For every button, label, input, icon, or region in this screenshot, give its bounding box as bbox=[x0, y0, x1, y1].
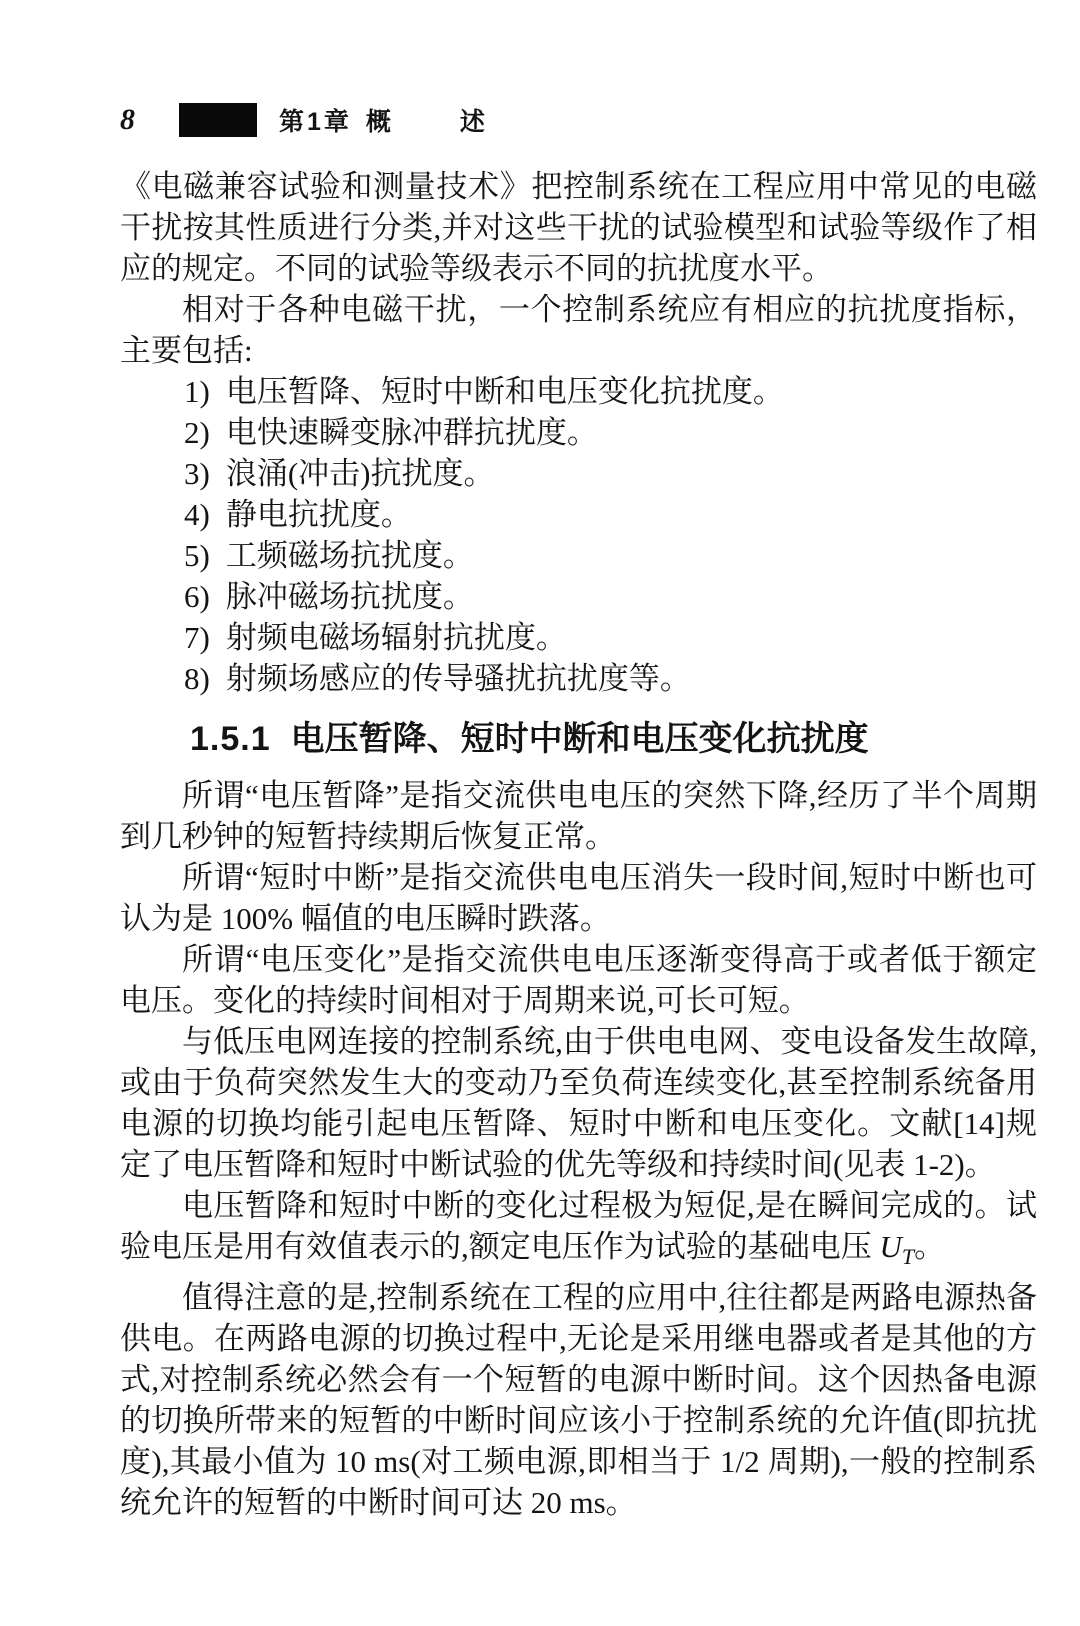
paragraph-voltage-variation: 所谓“电压变化”是指交流供电电压逐渐变得高于或者低于额定电压。变化的持续时间相对… bbox=[120, 939, 1037, 1021]
list-item: 4)静电抗扰度。 bbox=[184, 494, 1037, 535]
list-item-number: 4) bbox=[184, 494, 210, 535]
list-item-text: 电快速瞬变脉冲群抗扰度。 bbox=[226, 415, 598, 450]
paragraph-voltage-dip: 所谓“电压暂降”是指交流供电电压的突然下降,经历了半个周期到几秒钟的短暂持续期后… bbox=[120, 775, 1037, 857]
list-item-text: 浪涌(冲击)抗扰度。 bbox=[226, 456, 495, 491]
list-item: 6)脉冲磁场抗扰度。 bbox=[184, 576, 1037, 617]
paragraph-grid-faults: 与低压电网连接的控制系统,由于供电电网、变电设备发生故障,或由于负荷突然发生大的… bbox=[120, 1021, 1037, 1185]
intro-paragraph-1: 《电磁兼容试验和测量技术》把控制系统在工程应用中常见的电磁干扰按其性质进行分类,… bbox=[120, 166, 1037, 289]
list-item-text: 射频场感应的传导骚扰抗扰度等。 bbox=[226, 661, 691, 696]
symbol-U: U bbox=[880, 1229, 902, 1264]
immunity-list: 1)电压暂降、短时中断和电压变化抗扰度。 2)电快速瞬变脉冲群抗扰度。 3)浪涌… bbox=[184, 371, 1037, 699]
symbol-U-subscript-T: T bbox=[902, 1244, 914, 1269]
list-item-number: 1) bbox=[184, 371, 210, 412]
list-item: 7)射频电磁场辐射抗扰度。 bbox=[184, 617, 1037, 658]
scanned-book-page: 8 第1章 概 述 《电磁兼容试验和测量技术》把控制系统在工程应用中常见的电磁干… bbox=[0, 0, 1080, 1626]
list-item: 8)射频场感应的传导骚扰抗扰度等。 bbox=[184, 658, 1037, 699]
paragraph-test-voltage: 电压暂降和短时中断的变化过程极为短促,是在瞬间完成的。试验电压是用有效值表示的,… bbox=[120, 1185, 1037, 1277]
list-item-text: 静电抗扰度。 bbox=[226, 497, 412, 532]
section-heading: 1.5.1 电压暂降、短时中断和电压变化抗扰度 bbox=[190, 719, 1037, 759]
list-item-text: 电压暂降、短时中断和电压变化抗扰度。 bbox=[226, 374, 784, 409]
list-item-number: 7) bbox=[184, 617, 210, 658]
page-number: 8 bbox=[120, 103, 135, 137]
list-item: 2)电快速瞬变脉冲群抗扰度。 bbox=[184, 412, 1037, 453]
list-item-number: 5) bbox=[184, 535, 210, 576]
list-item-text: 脉冲磁场抗扰度。 bbox=[226, 579, 474, 614]
paragraph-short-interruption: 所谓“短时中断”是指交流供电电压消失一段时间,短时中断也可认为是 100% 幅值… bbox=[120, 857, 1037, 939]
paragraph-dual-power: 值得注意的是,控制系统在工程的应用中,往往都是两路电源热备供电。在两路电源的切换… bbox=[120, 1277, 1037, 1523]
paragraph-text: 。 bbox=[914, 1229, 945, 1264]
list-item-text: 工频磁场抗扰度。 bbox=[226, 538, 474, 573]
list-item: 3)浪涌(冲击)抗扰度。 bbox=[184, 453, 1037, 494]
list-item-number: 8) bbox=[184, 658, 210, 699]
running-header: 8 第1章 概 述 bbox=[120, 100, 1037, 140]
header-black-bar bbox=[179, 103, 257, 137]
list-item-text: 射频电磁场辐射抗扰度。 bbox=[226, 620, 567, 655]
chapter-label: 第1章 bbox=[279, 102, 352, 138]
section-title: 电压暂降、短时中断和电压变化抗扰度 bbox=[291, 719, 869, 759]
intro-paragraph-2: 相对于各种电磁干扰，一个控制系统应有相应的抗扰度指标，主要包括: bbox=[120, 289, 1037, 371]
list-item-number: 6) bbox=[184, 576, 210, 617]
list-item-number: 3) bbox=[184, 453, 210, 494]
body-text: 《电磁兼容试验和测量技术》把控制系统在工程应用中常见的电磁干扰按其性质进行分类,… bbox=[120, 166, 1037, 1523]
section-number: 1.5.1 bbox=[190, 719, 271, 759]
list-item: 5)工频磁场抗扰度。 bbox=[184, 535, 1037, 576]
list-item-number: 2) bbox=[184, 412, 210, 453]
list-item: 1)电压暂降、短时中断和电压变化抗扰度。 bbox=[184, 371, 1037, 412]
chapter-title: 概 述 bbox=[366, 102, 507, 138]
